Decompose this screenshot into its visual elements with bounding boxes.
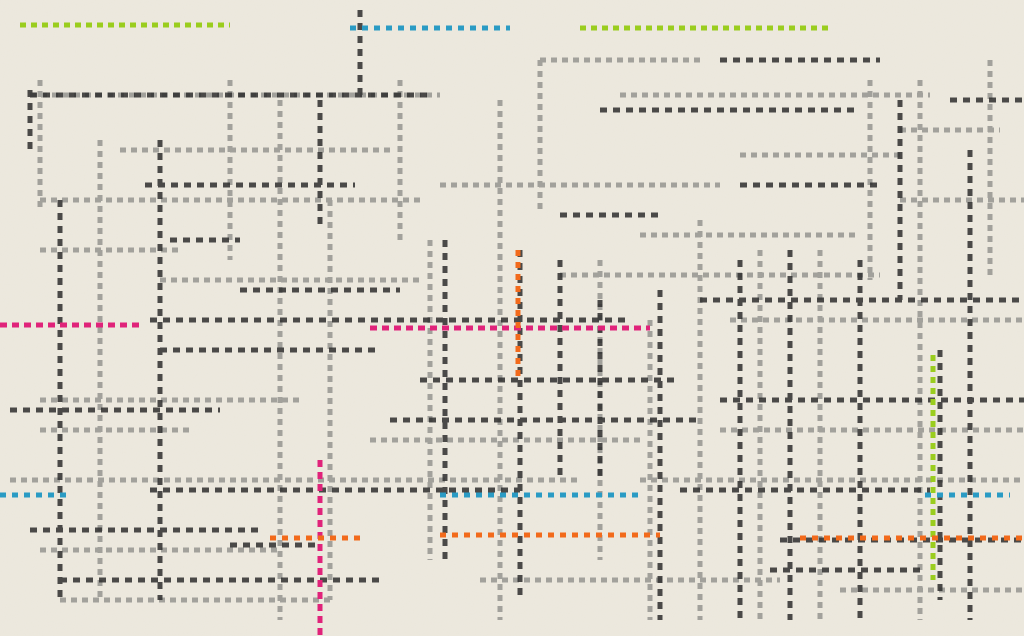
rug-texture-image (0, 0, 1024, 636)
